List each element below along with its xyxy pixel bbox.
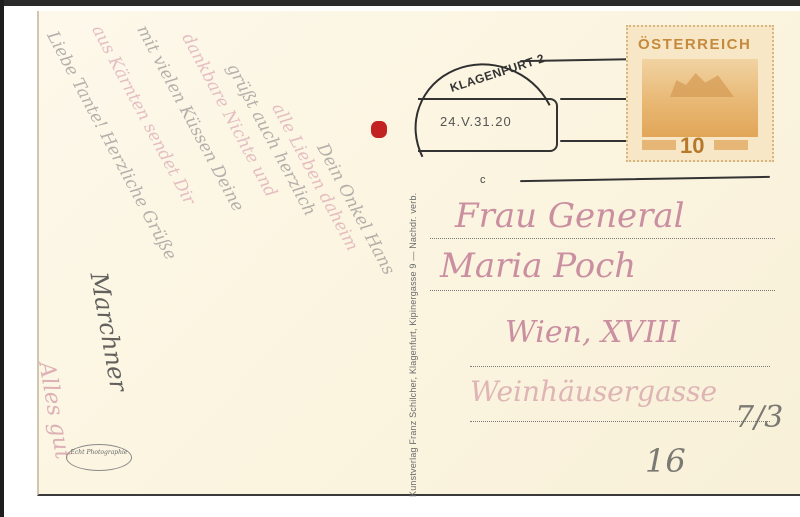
address-line-4: Weinhäusergasse bbox=[470, 375, 717, 408]
address-line-3: Wien, XVIII bbox=[505, 315, 680, 350]
scan-left-edge bbox=[0, 0, 4, 517]
address-line-1: Frau General bbox=[455, 196, 685, 236]
postmark-letter: c bbox=[480, 174, 486, 186]
address-rule bbox=[430, 290, 775, 291]
stamp-ornament bbox=[642, 140, 676, 150]
address-line-2: Maria Poch bbox=[440, 246, 636, 286]
stamp-castle-image bbox=[642, 59, 758, 137]
postmark-date: 24.V.31.20 bbox=[440, 114, 512, 129]
address-rule bbox=[470, 421, 770, 422]
address-rule bbox=[470, 366, 770, 367]
postage-stamp: ÖSTERREICH 10 bbox=[626, 25, 774, 162]
house-number: 7/3 bbox=[735, 400, 783, 435]
photo-seal-stamp: Echt Photographie bbox=[66, 444, 132, 471]
publisher-line: Kunstverlag Franz Schilcher, Klagenfurt,… bbox=[408, 193, 418, 497]
wax-seal-mark bbox=[371, 121, 387, 138]
scan-top-edge bbox=[0, 0, 800, 6]
stamp-ornament bbox=[714, 140, 748, 150]
pencil-note: 16 bbox=[645, 442, 686, 480]
stamp-country: ÖSTERREICH bbox=[638, 36, 751, 53]
stamp-value: 10 bbox=[680, 133, 704, 159]
address-rule bbox=[430, 238, 775, 239]
